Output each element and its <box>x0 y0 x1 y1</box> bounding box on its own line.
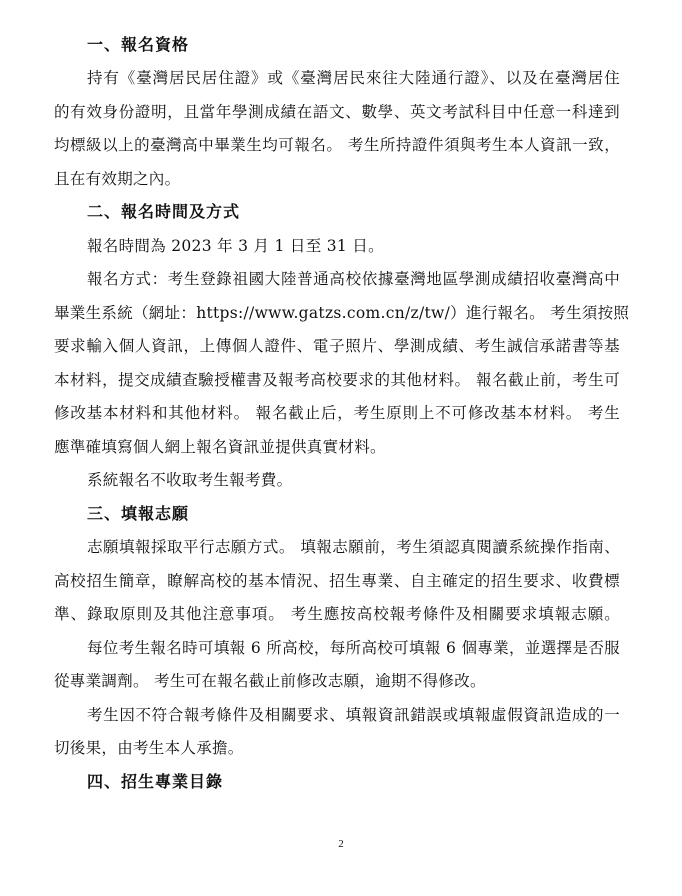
section-heading-preferences: 三、填報志願 <box>87 503 189 525</box>
section-heading-eligibility: 一、報名資格 <box>87 34 189 56</box>
paragraph-line: 且在有效期之內。 <box>54 168 620 190</box>
paragraph-line: 考生因不符合報考條件及相關要求、填報資訊錯誤或填報虛假資訊造成的一 <box>87 704 620 726</box>
paragraph-line: 每位考生報名時可填報 6 所高校，每所高校可填報 6 個專業，並選擇是否服 <box>87 637 620 659</box>
paragraph-line: 從專業調劑。 考生可在報名截止前修改志願，逾期不得修改。 <box>54 670 620 692</box>
document-page: 一、報名資格 持有《臺灣居民居住證》或《臺灣居民來往大陸通行證》、以及在臺灣居住… <box>0 0 682 896</box>
section-heading-majors-catalog: 四、招生專業目錄 <box>87 771 223 793</box>
section-heading-registration-time: 二、報名時間及方式 <box>87 201 240 223</box>
paragraph-line: 均標級以上的臺灣高中畢業生均可報名。 考生所持證件須與考生本人資訊一致， <box>54 134 620 156</box>
page-number: 2 <box>0 838 682 850</box>
paragraph-line: 的有效身份證明，且當年學測成績在語文、數學、英文考試科目中任意一科達到 <box>54 101 620 123</box>
paragraph-line: 高校招生簡章，瞭解高校的基本情況、招生專業、自主確定的招生要求、收費標 <box>54 570 620 592</box>
paragraph-line: 修改基本材料和其他材料。 報名截止后，考生原則上不可修改基本材料。 考生 <box>54 402 620 424</box>
paragraph-line: 要求輸入個人資訊，上傳個人證件、電子照片、學測成績、考生誠信承諾書等基 <box>54 335 620 357</box>
paragraph-line: 系統報名不收取考生報考費。 <box>87 469 620 491</box>
paragraph-line: 持有《臺灣居民居住證》或《臺灣居民來往大陸通行證》、以及在臺灣居住 <box>87 67 620 89</box>
paragraph-line: 切後果，由考生本人承擔。 <box>54 737 620 759</box>
paragraph-line: 應準確填寫個人網上報名資訊並提供真實材料。 <box>54 436 620 458</box>
paragraph-line: 準、錄取原則及其他注意事項。 考生應按高校報考條件及相關要求填報志願。 <box>54 603 620 625</box>
paragraph-line: 報名時間為 2023 年 3 月 1 日至 31 日。 <box>87 235 620 257</box>
paragraph-line-with-url: 畢業生系統（網址：https://www.gatzs.com.cn/z/tw/）… <box>54 302 620 324</box>
paragraph-line: 志願填報採取平行志願方式。 填報志願前，考生須認真閱讀系統操作指南、 <box>87 536 620 558</box>
paragraph-line: 本材料，提交成績查驗授權書及報考高校要求的其他材料。 報名截止前，考生可 <box>54 369 620 391</box>
paragraph-line: 報名方式：考生登錄祖國大陸普通高校依據臺灣地區學測成績招收臺灣高中 <box>87 268 620 290</box>
